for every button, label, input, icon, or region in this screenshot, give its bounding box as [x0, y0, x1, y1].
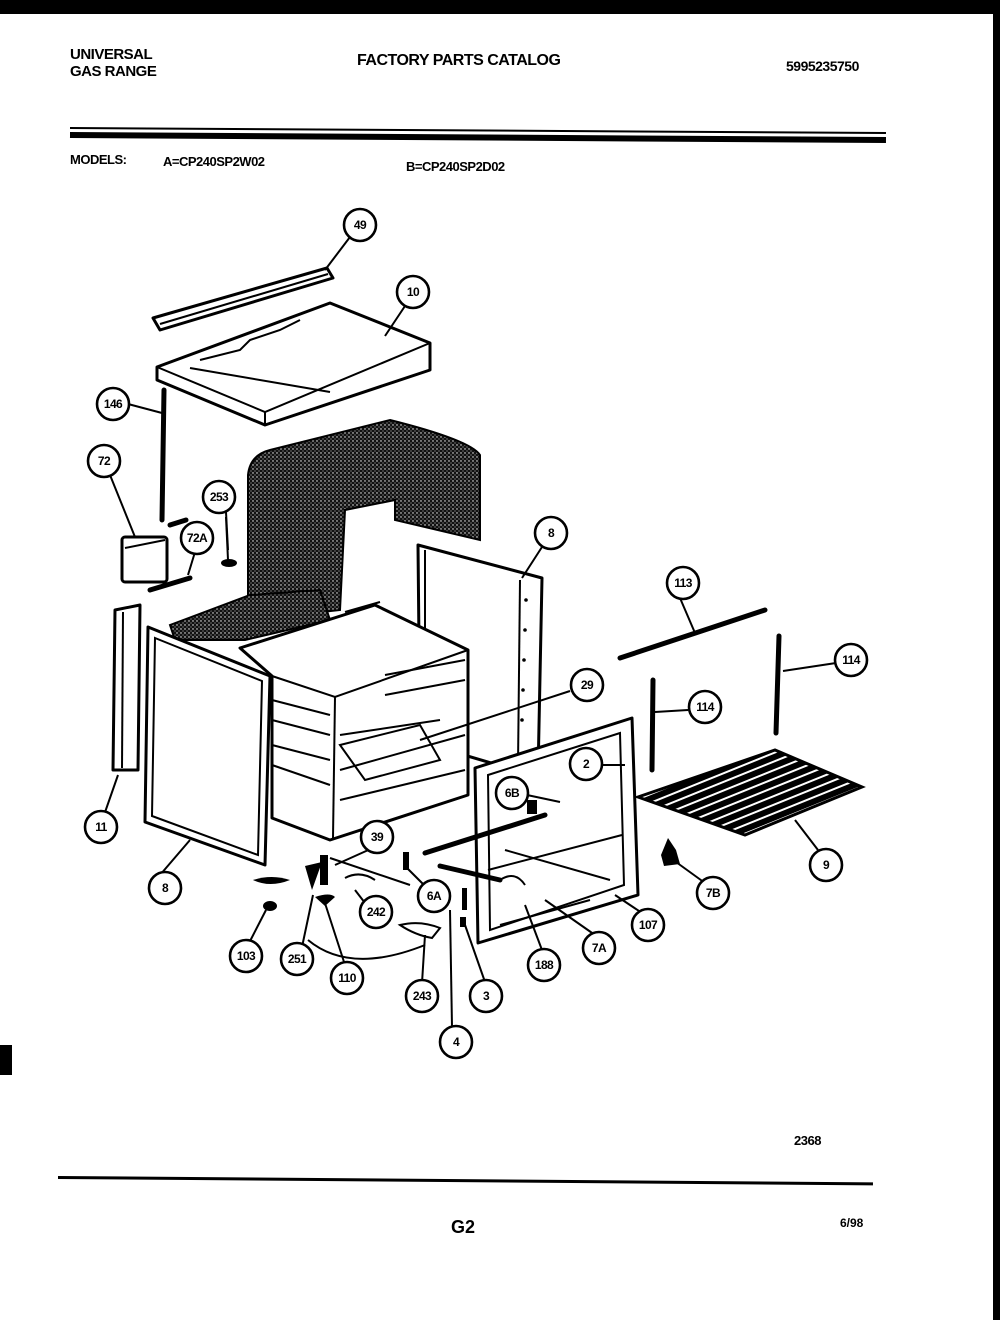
callout-3: 3	[470, 980, 502, 1012]
svg-text:11: 11	[95, 820, 107, 834]
svg-text:6A: 6A	[427, 889, 442, 903]
part-left-trim	[113, 605, 140, 770]
callout-2: 2	[570, 748, 602, 780]
callout-8-right: 8	[535, 517, 567, 549]
callout-114-left: 114	[689, 691, 721, 723]
revision-date: 6/98	[840, 1216, 863, 1230]
callout-6B: 6B	[496, 777, 528, 809]
callout-251: 251	[281, 943, 313, 975]
svg-text:72A: 72A	[187, 531, 208, 545]
part-rod-114-right	[776, 636, 779, 733]
callout-103: 103	[230, 940, 262, 972]
callout-49: 49	[344, 209, 376, 241]
svg-text:4: 4	[453, 1035, 460, 1049]
part-side-strip	[162, 390, 164, 520]
svg-text:2: 2	[583, 757, 590, 771]
page-number: G2	[451, 1217, 475, 1238]
callout-72A: 72A	[181, 522, 213, 554]
svg-text:8: 8	[162, 881, 169, 895]
exploded-parts-diagram: 49 10 146 72 253 72A 8 113 114 114 29 2 …	[0, 0, 1000, 1320]
callout-114-right: 114	[835, 644, 867, 676]
svg-text:243: 243	[413, 989, 432, 1003]
callout-107: 107	[632, 909, 664, 941]
callout-8-left: 8	[149, 872, 181, 904]
drawing-number: 2368	[794, 1133, 821, 1148]
part-6b-clip	[527, 800, 537, 814]
callout-39: 39	[361, 821, 393, 853]
callout-6A: 6A	[418, 880, 450, 912]
part-cooktop	[157, 303, 430, 425]
svg-text:188: 188	[535, 958, 554, 972]
callout-29: 29	[571, 669, 603, 701]
callout-188: 188	[528, 949, 560, 981]
part-oven-rack	[638, 750, 862, 835]
svg-text:113: 113	[674, 576, 692, 590]
svg-text:9: 9	[823, 858, 830, 872]
callout-7A: 7A	[583, 932, 615, 964]
svg-text:39: 39	[371, 830, 384, 844]
part-side-panel-left	[145, 627, 270, 865]
callout-243: 243	[406, 980, 438, 1012]
part-rod-114-left	[652, 680, 653, 770]
svg-text:72: 72	[98, 454, 111, 468]
part-screw	[221, 517, 237, 567]
svg-text:110: 110	[338, 971, 356, 985]
callout-253: 253	[203, 481, 235, 513]
svg-text:29: 29	[581, 678, 594, 692]
svg-text:7A: 7A	[592, 941, 607, 955]
callout-4: 4	[440, 1026, 472, 1058]
svg-text:114: 114	[842, 653, 860, 667]
svg-text:3: 3	[483, 989, 490, 1003]
callout-72: 72	[88, 445, 120, 477]
svg-text:8: 8	[548, 526, 555, 540]
svg-text:49: 49	[354, 218, 367, 232]
svg-text:251: 251	[288, 952, 307, 966]
svg-text:242: 242	[367, 905, 386, 919]
svg-text:103: 103	[237, 949, 256, 963]
callout-9: 9	[810, 849, 842, 881]
svg-text:146: 146	[104, 397, 123, 411]
svg-text:107: 107	[639, 918, 658, 932]
callout-10: 10	[397, 276, 429, 308]
part-rod-113	[620, 610, 765, 658]
callout-242: 242	[360, 896, 392, 928]
part-oven-body	[240, 602, 468, 840]
svg-text:6B: 6B	[505, 786, 520, 800]
callout-11: 11	[85, 811, 117, 843]
callout-7B: 7B	[697, 877, 729, 909]
callout-146: 146	[97, 388, 129, 420]
svg-text:253: 253	[210, 490, 229, 504]
callout-113: 113	[667, 567, 699, 599]
svg-text:114: 114	[696, 700, 714, 714]
svg-text:10: 10	[407, 285, 420, 299]
svg-text:7B: 7B	[706, 886, 721, 900]
callout-110: 110	[331, 962, 363, 994]
